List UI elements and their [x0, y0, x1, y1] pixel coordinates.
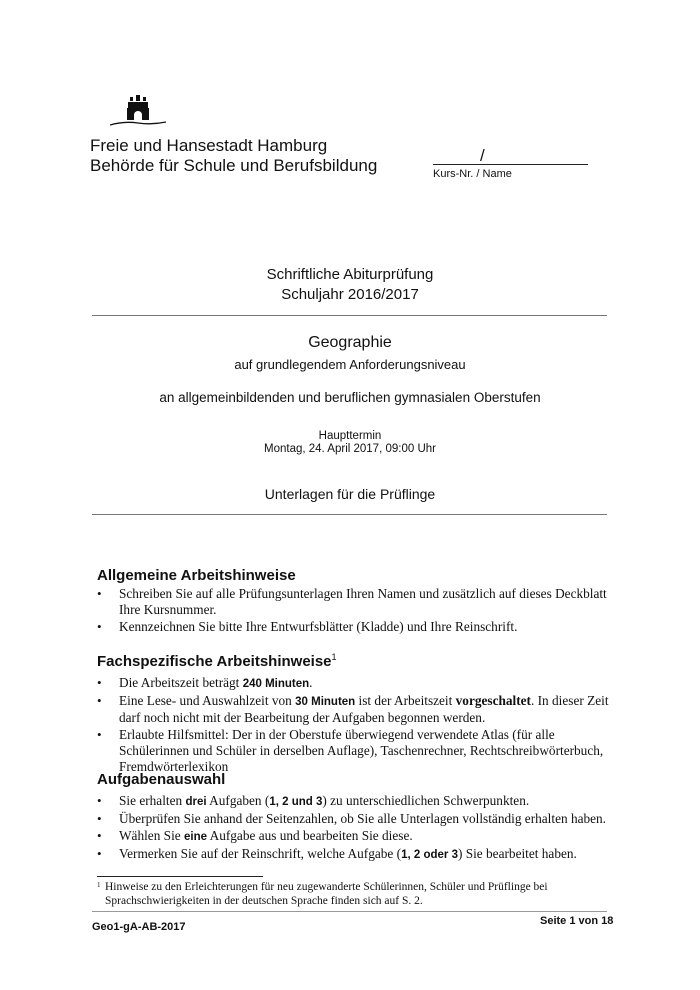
- footnote-divider: [97, 876, 263, 877]
- department-name: Behörde für Schule und Berufsbildung: [90, 156, 377, 176]
- kurs-name-label: Kurs-Nr. / Name: [433, 168, 512, 180]
- kurs-name-field[interactable]: [433, 164, 588, 165]
- section-heading-selection: Aufgabenauswahl: [97, 771, 225, 788]
- footer-divider: [92, 911, 607, 912]
- list-item: Erlaubte Hilfsmittel: Der in der Oberstu…: [97, 727, 617, 775]
- selection-list: Sie erhalten drei Aufgaben (1, 2 und 3) …: [97, 793, 617, 864]
- level: auf grundlegendem Anforderungsniveau: [0, 357, 700, 372]
- page-number: Seite 1 von 18: [540, 915, 613, 927]
- authority-name: Freie und Hansestadt Hamburg: [90, 136, 327, 156]
- divider: [92, 315, 607, 316]
- footnote: 1Hinweise zu den Erleichterungen für neu…: [97, 880, 615, 908]
- list-item: Die Arbeitszeit beträgt 240 Minuten.: [97, 675, 617, 692]
- list-item: Vermerken Sie auf der Reinschrift, welch…: [97, 846, 617, 863]
- section-heading-specific: Fachspezifische Arbeitshinweise1: [97, 652, 337, 670]
- list-item: Eine Lese- und Auswahlzeit von 30 Minute…: [97, 693, 617, 726]
- subject: Geographie: [0, 334, 700, 352]
- footnote-mark: 1: [332, 652, 337, 662]
- materials-title: Unterlagen für die Prüflinge: [0, 486, 700, 502]
- kurs-name-slash: /: [480, 146, 485, 166]
- list-item: Überprüfen Sie anhand der Seitenzahlen, …: [97, 811, 617, 827]
- section-heading-general: Allgemeine Arbeitshinweise: [97, 567, 296, 584]
- document-code: Geo1-gA-AB-2017: [92, 921, 186, 933]
- exam-title: Schriftliche Abiturprüfung: [0, 266, 700, 283]
- list-item: Wählen Sie eine Aufgabe aus und bearbeit…: [97, 828, 617, 845]
- exam-term: Haupttermin: [0, 430, 700, 442]
- school-types: an allgemeinbildenden und beruflichen gy…: [0, 390, 700, 405]
- specific-list: Die Arbeitszeit beträgt 240 Minuten. Ein…: [97, 675, 617, 776]
- list-item: Kennzeichnen Sie bitte Ihre Entwurfsblät…: [97, 619, 617, 635]
- general-list: Schreiben Sie auf alle Prüfungsunterlage…: [97, 586, 617, 636]
- hamburg-castle-logo-icon: [110, 95, 166, 131]
- divider: [92, 514, 607, 515]
- list-item: Schreiben Sie auf alle Prüfungsunterlage…: [97, 586, 617, 618]
- exam-date: Montag, 24. April 2017, 09:00 Uhr: [0, 443, 700, 455]
- list-item: Sie erhalten drei Aufgaben (1, 2 und 3) …: [97, 793, 617, 810]
- school-year: Schuljahr 2016/2017: [0, 286, 700, 303]
